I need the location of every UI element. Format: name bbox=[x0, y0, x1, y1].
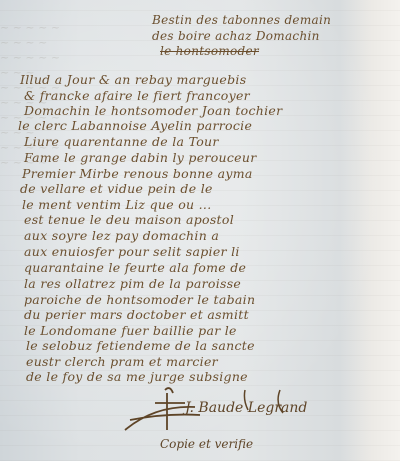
body-line: de vellare et vidue pein de le bbox=[20, 181, 213, 196]
heading-line: Bestin des tabonnes demain bbox=[152, 13, 331, 27]
heading-line: le hontsomoder bbox=[160, 44, 259, 58]
body-line: le clerc Labannoise Ayelin parrocie bbox=[18, 118, 252, 133]
body-line: la res ollatrez pim de la paroisse bbox=[24, 276, 241, 291]
body-line: aux soyre lez pay domachin a bbox=[24, 228, 219, 243]
body-line: Liure quarentanne de la Tour bbox=[24, 134, 219, 149]
body-line: Domachin le hontsomoder Joan tochier bbox=[24, 103, 282, 118]
body-line: Illud a Jour & an rebay marguebis bbox=[20, 72, 246, 87]
body-line: Premier Mirbe renous bonne ayma bbox=[22, 166, 253, 181]
body-line: aux enuiosfer pour selit sapier li bbox=[24, 244, 240, 259]
body-line: le Londomane fuer baillie par le bbox=[24, 323, 237, 338]
signature: J. Baude Legrand bbox=[185, 400, 307, 416]
body-line: eustr clerch pram et marcier bbox=[26, 354, 218, 369]
body-line: le ment ventim Liz que ou ... bbox=[22, 197, 211, 212]
manuscript-page: ~ ~ ~ ~ ~ ~ ~ ~ ~~ ~ ~ ~ ~~ ~ ~ ~ ~ ~ ~ … bbox=[0, 0, 400, 461]
body-line: quarantaine le feurte ala fome de bbox=[24, 260, 246, 275]
signature-annotation: Copie et verifie bbox=[160, 437, 253, 451]
body-line: le selobuz fetiendeme de la sancte bbox=[26, 338, 255, 353]
heading-line: des boire achaz Domachin bbox=[152, 29, 320, 43]
body-line: paroiche de hontsomoder le tabain bbox=[24, 292, 255, 307]
body-line: du perier mars doctober et asmitt bbox=[24, 307, 249, 322]
body-line: de le foy de sa me jurge subsigne bbox=[26, 369, 248, 384]
body-line: est tenue le deu maison apostol bbox=[24, 212, 234, 227]
body-line: & francke afaire le fiert francoyer bbox=[24, 88, 250, 103]
body-line: Fame le grange dabin ly perouceur bbox=[24, 150, 257, 165]
